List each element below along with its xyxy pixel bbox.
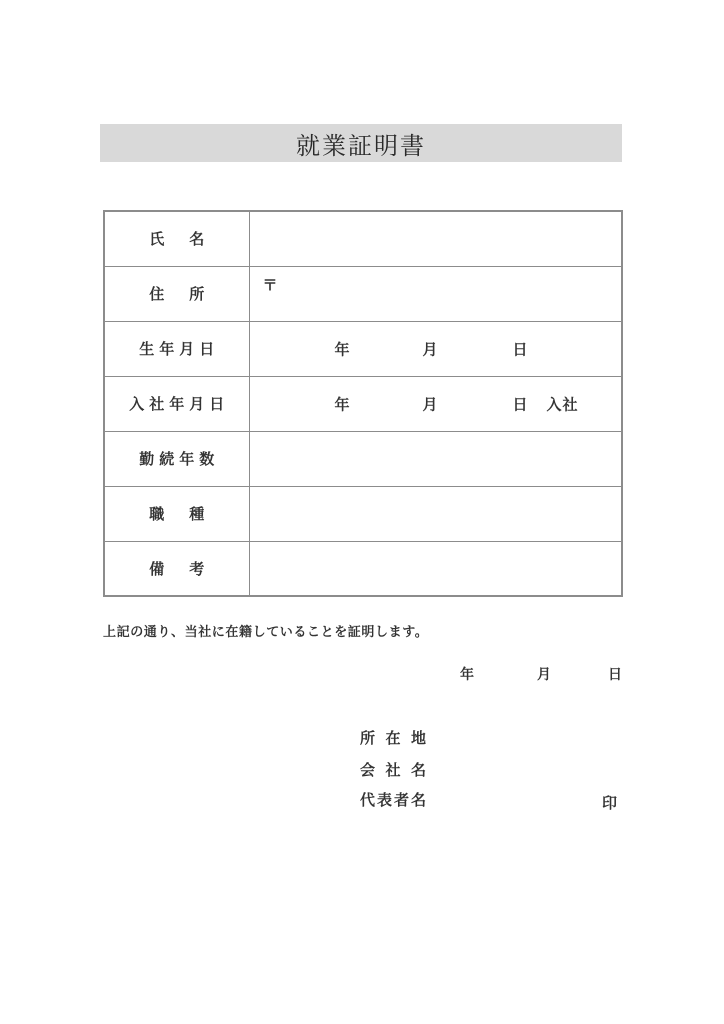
row-value-service-years bbox=[249, 431, 622, 486]
employment-form-table: 氏 名 住 所 〒 生年月日 年 月 日 入社年月日 年 月 日 入社 bbox=[103, 210, 623, 597]
table-row-address: 住 所 〒 bbox=[104, 266, 622, 321]
table-row-joindate: 入社年月日 年 月 日 入社 bbox=[104, 376, 622, 431]
row-label-remarks: 備 考 bbox=[104, 541, 249, 596]
date-unit-month: 月 bbox=[423, 393, 439, 414]
row-label-address: 住 所 bbox=[104, 266, 249, 321]
date-unit-year: 年 bbox=[335, 393, 351, 414]
signature-row-representative: 代表者名 印 bbox=[360, 792, 622, 808]
row-value-occupation bbox=[249, 486, 622, 541]
date-unit-month: 月 bbox=[423, 338, 439, 359]
row-label-joindate: 入社年月日 bbox=[104, 376, 249, 431]
issue-date-year-unit: 年 bbox=[460, 664, 474, 684]
signature-row-location: 所在地 bbox=[360, 730, 622, 746]
table-row-service-years: 勤続年数 bbox=[104, 431, 622, 486]
document-page: 就業証明書 氏 名 住 所 〒 生年月日 年 月 日 入社年月日 年 月 bbox=[0, 0, 724, 1024]
table-row-occupation: 職 種 bbox=[104, 486, 622, 541]
location-label: 所在地 bbox=[360, 731, 426, 747]
table-row-birthdate: 生年月日 年 月 日 bbox=[104, 321, 622, 376]
certification-statement: 上記の通り、当社に在籍していることを証明します。 bbox=[103, 621, 428, 640]
row-label-birthdate: 生年月日 bbox=[104, 321, 249, 376]
issue-date-day-unit: 日 bbox=[608, 664, 622, 684]
row-value-joindate: 年 月 日 入社 bbox=[249, 376, 622, 431]
row-value-address: 〒 bbox=[249, 266, 622, 321]
signature-block: 所在地 会社名 代表者名 印 bbox=[360, 730, 622, 810]
company-name-label: 会社名 bbox=[360, 763, 426, 779]
postal-mark-symbol: 〒 bbox=[263, 274, 278, 295]
row-label-occupation: 職 種 bbox=[104, 486, 249, 541]
row-value-name bbox=[249, 211, 622, 266]
join-suffix: 入社 bbox=[547, 393, 579, 414]
issue-date-month-unit: 月 bbox=[537, 664, 551, 684]
table-row-name: 氏 名 bbox=[104, 211, 622, 266]
date-unit-year: 年 bbox=[335, 338, 351, 359]
seal-mark: 印 bbox=[602, 792, 617, 813]
row-value-birthdate: 年 月 日 bbox=[249, 321, 622, 376]
document-title: 就業証明書 bbox=[296, 126, 426, 161]
issue-date-line: 年 月 日 bbox=[0, 664, 724, 682]
title-banner: 就業証明書 bbox=[100, 124, 622, 162]
date-unit-day: 日 bbox=[513, 338, 529, 359]
representative-name-label: 代表者名 bbox=[360, 793, 426, 809]
date-unit-day: 日 bbox=[513, 393, 529, 414]
signature-row-company: 会社名 bbox=[360, 762, 622, 778]
row-value-remarks bbox=[249, 541, 622, 596]
table-row-remarks: 備 考 bbox=[104, 541, 622, 596]
row-label-service-years: 勤続年数 bbox=[104, 431, 249, 486]
row-label-name: 氏 名 bbox=[104, 211, 249, 266]
